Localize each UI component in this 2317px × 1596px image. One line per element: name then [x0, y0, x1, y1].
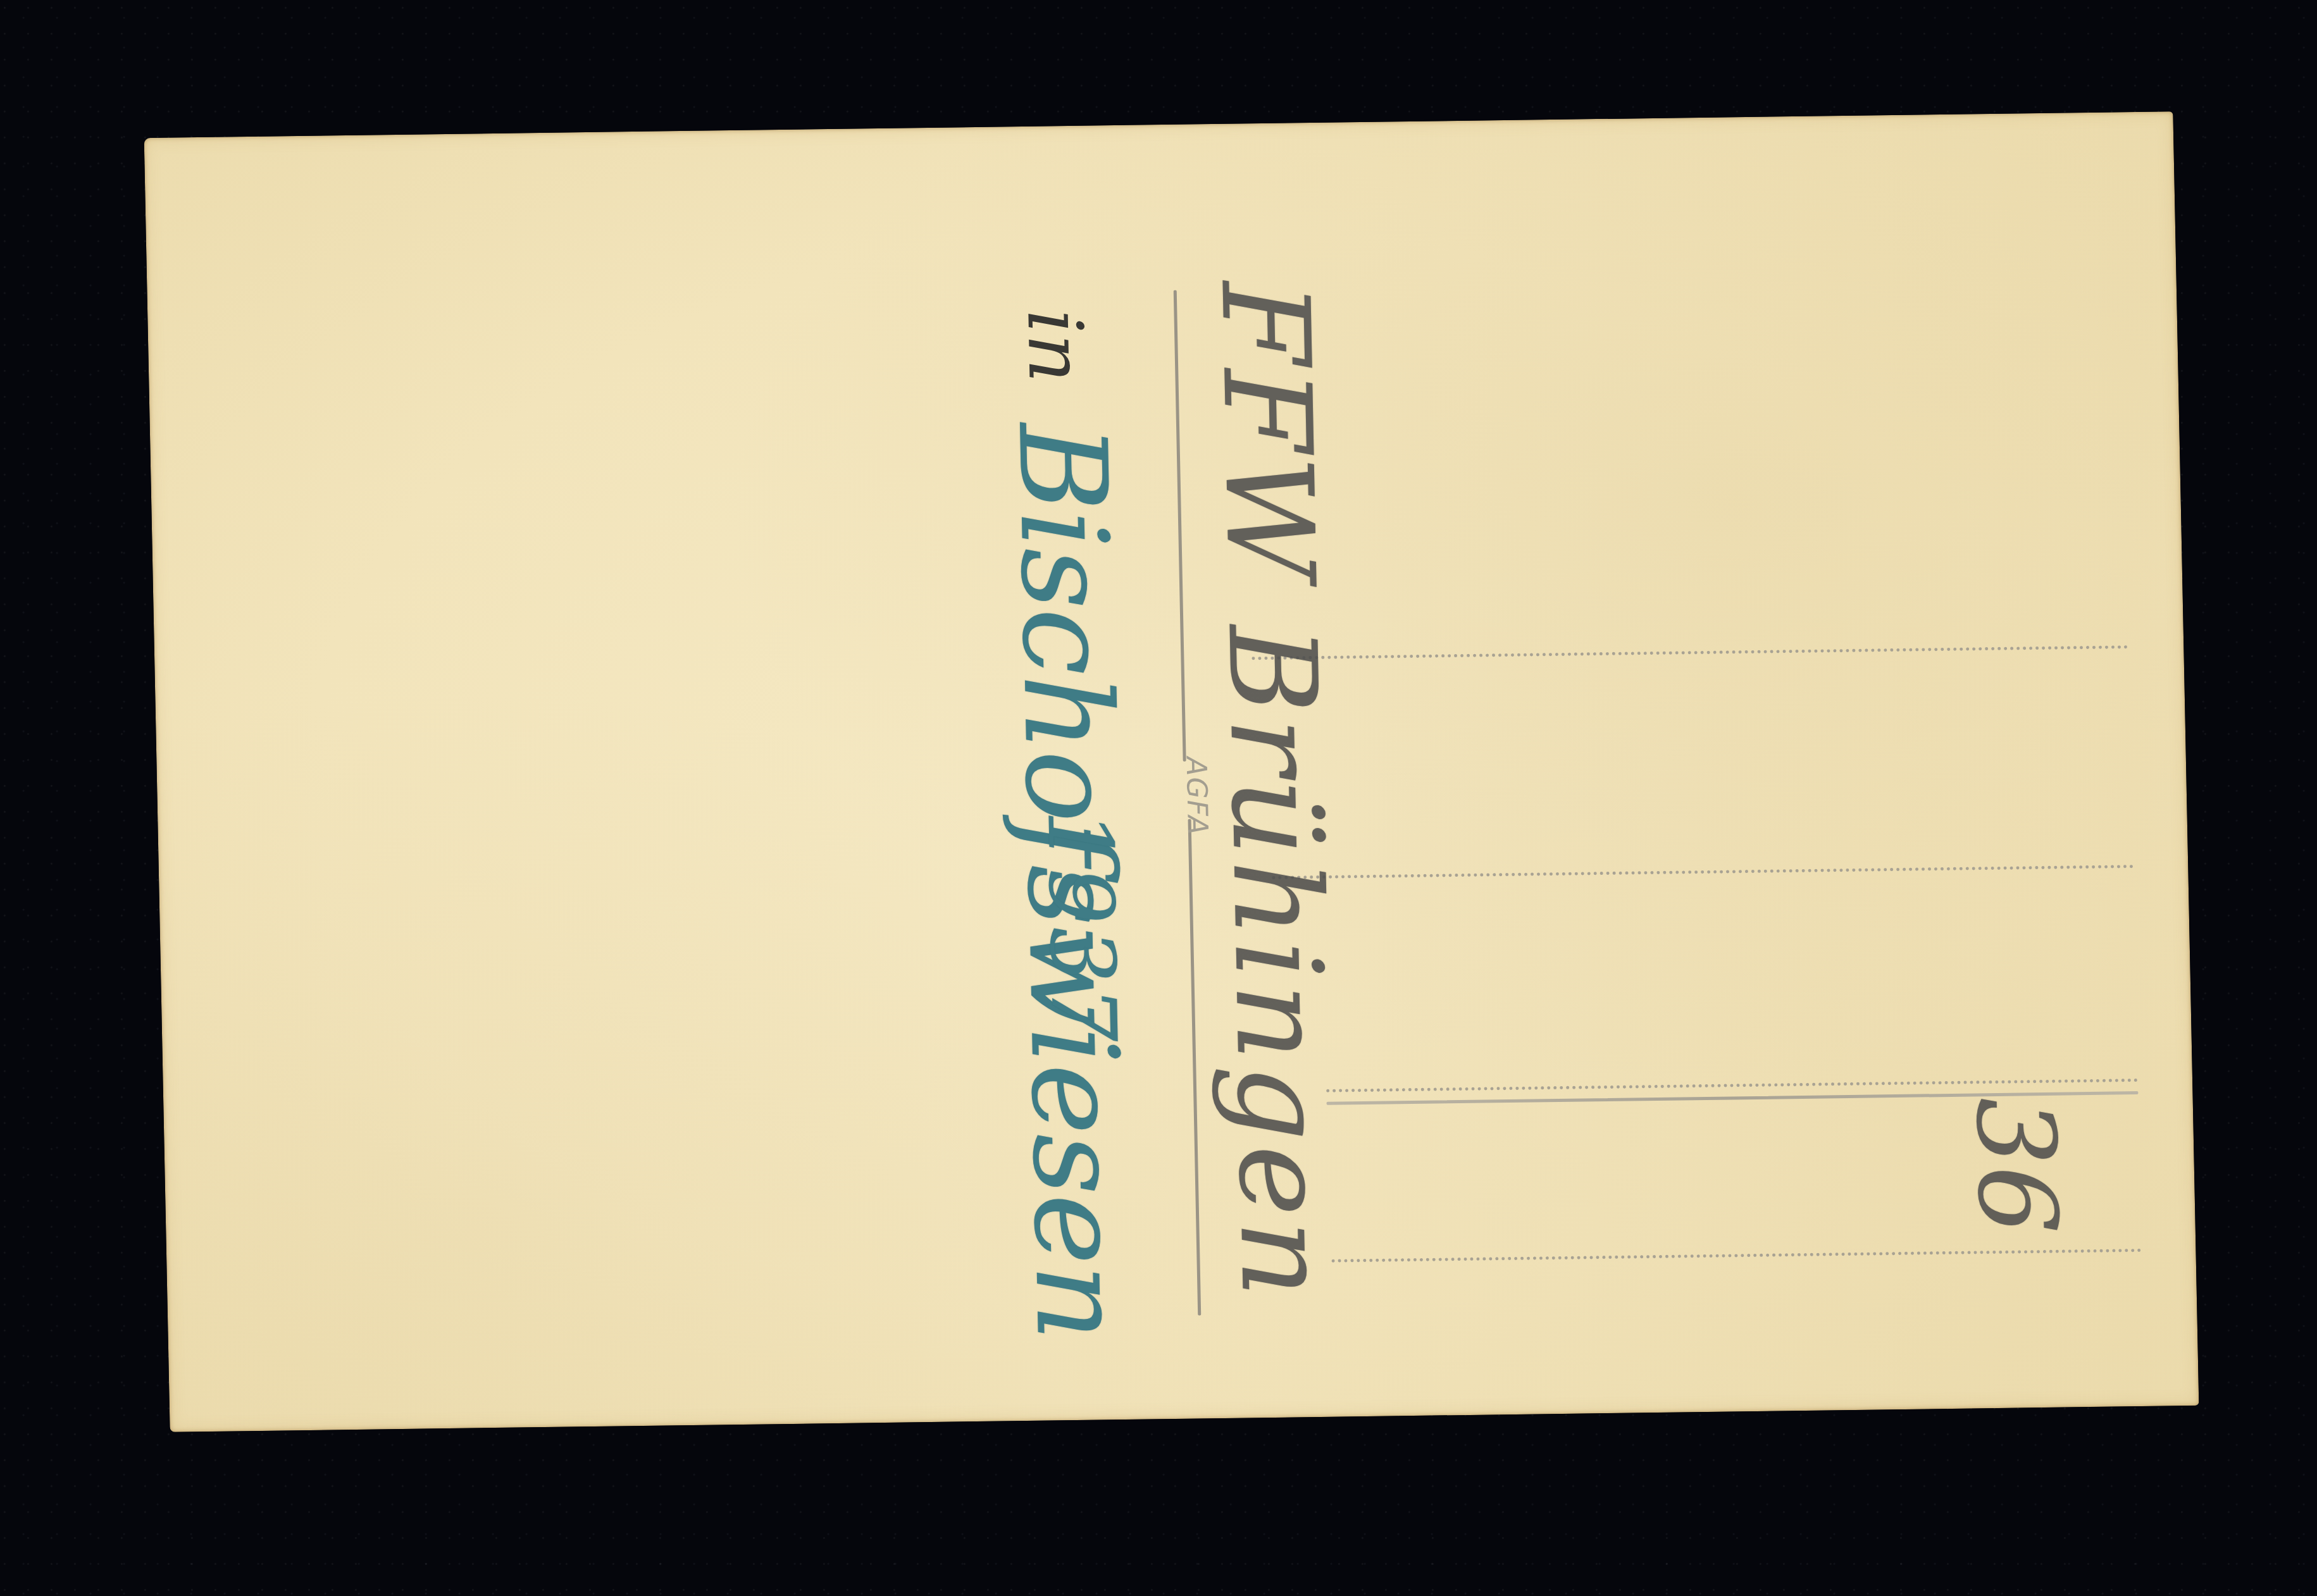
center-divider-lower — [1188, 819, 1202, 1316]
ink-year: 1937 — [1034, 808, 1127, 1045]
pencil-prefix: in — [1016, 309, 1093, 383]
postcard-back: AGFA FFW Brühingen in Bischofswiesen 193… — [144, 111, 2199, 1432]
pencil-number: 36 — [1961, 1096, 2071, 1235]
pencil-heading: FFW Brühingen — [1203, 281, 1344, 1302]
address-line-2 — [1272, 865, 2134, 879]
address-line-4 — [1332, 1249, 2142, 1263]
address-line-3 — [1326, 1079, 2138, 1092]
address-line-1 — [1252, 645, 2128, 660]
center-divider-upper — [1174, 290, 1186, 762]
